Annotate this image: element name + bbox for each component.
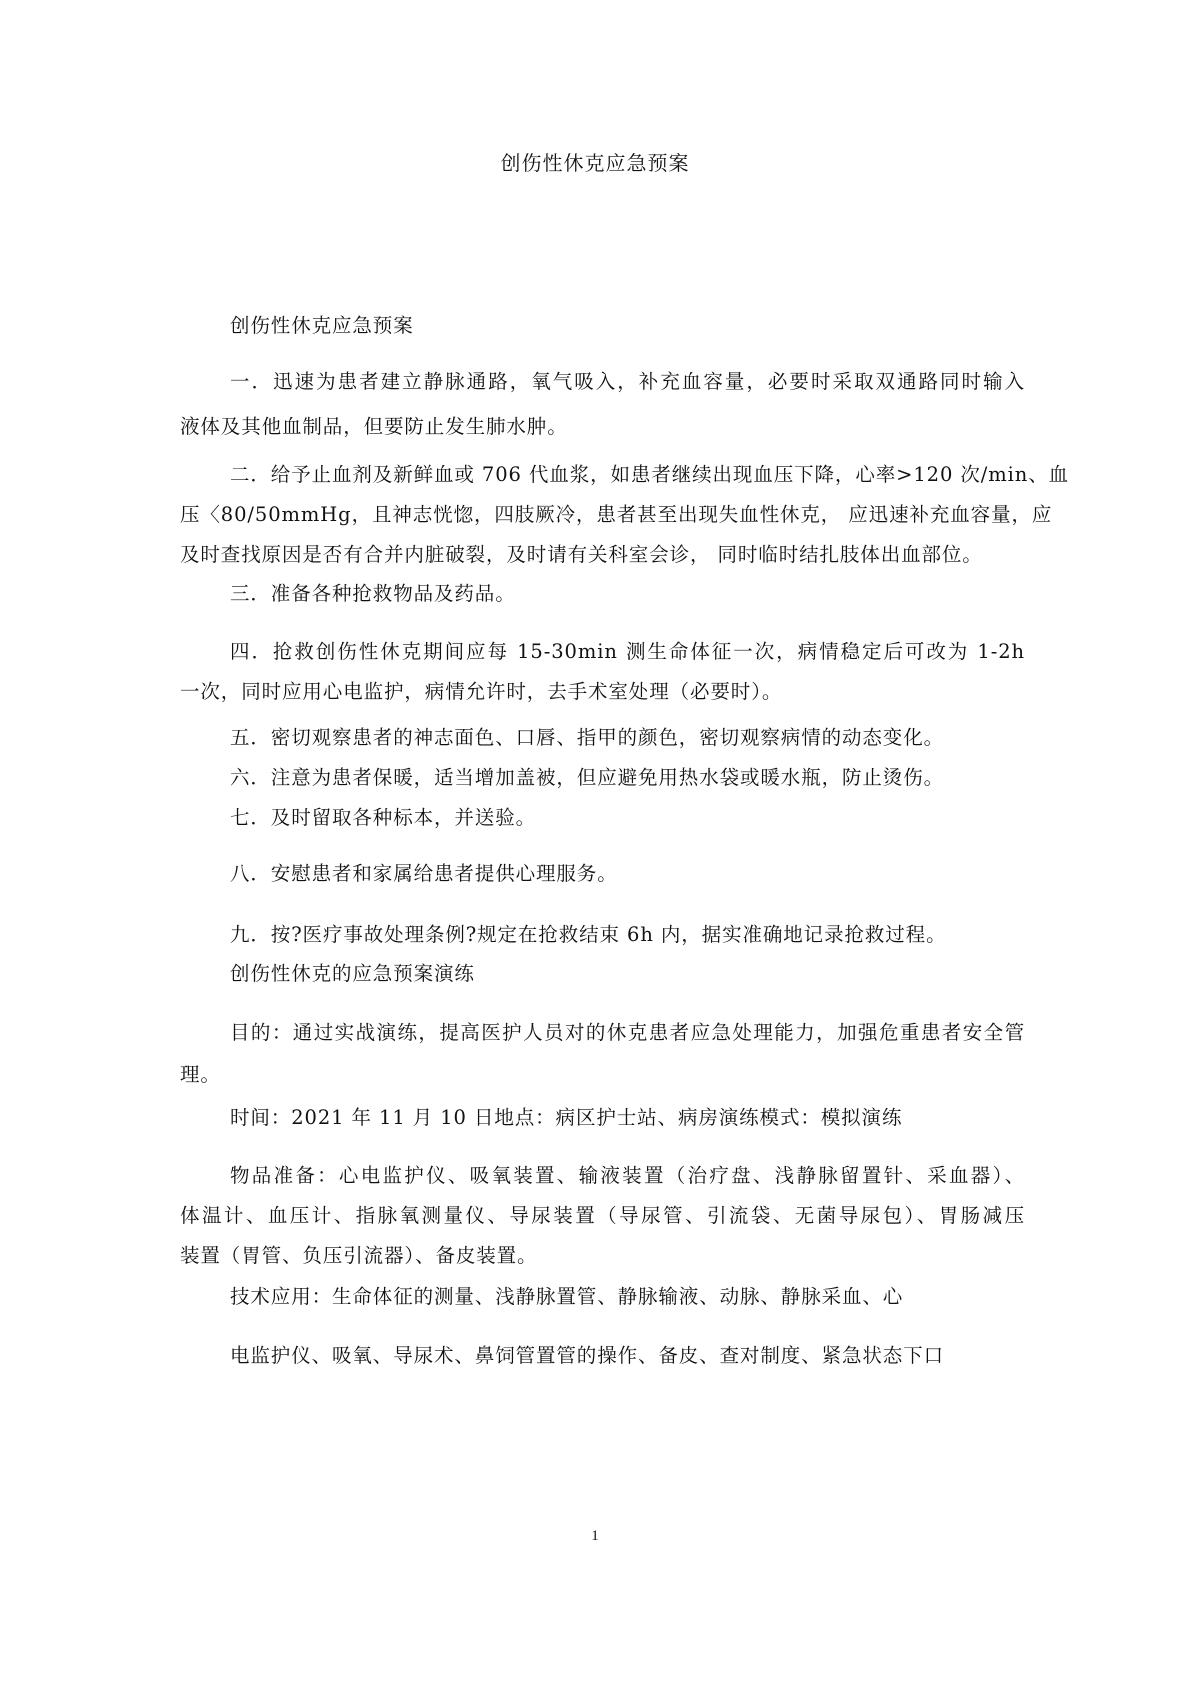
- paragraph-line: 理。: [180, 1062, 1025, 1088]
- paragraph-line: 四．抢救创伤性休克期间应每 15-30min 测生命体征一次，病情稳定后可改为 …: [230, 639, 1025, 665]
- paragraph-line: 二．给予止血剂及新鲜血或 706 代血浆，如患者继续出现血压下降，心率>120 …: [230, 462, 1025, 488]
- paragraph-line: 三．准备各种抢救物品及药品。: [230, 581, 1025, 607]
- paragraph-line: 目的：通过实战演练，提高医护人员对的休克患者应急处理能力，加强危重患者安全管: [230, 1020, 1025, 1046]
- section-subheading: 创伤性休克应急预案: [230, 313, 1025, 339]
- paragraph-line: 一．迅速为患者建立静脉通路，氧气吸入，补充血容量，必要时采取双通路同时输入: [230, 369, 1025, 395]
- document-page: 创伤性休克应急预案 创伤性休克应急预案 一．迅速为患者建立静脉通路，氧气吸入，补…: [0, 0, 1190, 1684]
- paragraph-line: 液体及其他血制品，但要防止发生肺水肿。: [180, 414, 1025, 440]
- page-number: 1: [0, 1528, 1190, 1545]
- paragraph-line: 六．注意为患者保暖，适当增加盖被，但应避免用热水袋或暖水瓶，防止烫伤。: [230, 765, 1025, 791]
- paragraph-line: 九．按?医疗事故处理条例?规定在抢救结束 6h 内，据实准确地记录抢救过程。: [230, 922, 1025, 948]
- paragraph-line: 八．安慰患者和家属给患者提供心理服务。: [230, 861, 1025, 887]
- paragraph-line: 物品准备：心电监护仪、吸氧装置、输液装置（治疗盘、浅静脉留置针、采血器）、: [230, 1163, 1025, 1189]
- document-title: 创伤性休克应急预案: [0, 150, 1190, 176]
- paragraph-line: 及时查找原因是否有合并内脏破裂，及时请有关科室会诊， 同时临时结扎肢体出血部位。: [180, 542, 1025, 568]
- paragraph-line: 装置（胃管、负压引流器）、备皮装置。: [180, 1243, 1025, 1269]
- paragraph-line: 电监护仪、吸氧、导尿术、鼻饲管置管的操作、备皮、查对制度、紧急状态下口: [230, 1343, 1025, 1369]
- paragraph-line: 一次，同时应用心电监护，病情允许时，去手术室处理（必要时）。: [180, 679, 1025, 705]
- paragraph-line: 体温计、血压计、指脉氧测量仪、导尿装置（导尿管、引流袋、无菌导尿包）、胃肠减压: [180, 1203, 1025, 1229]
- paragraph-line: 五．密切观察患者的神志面色、口唇、指甲的颜色，密切观察病情的动态变化。: [230, 725, 1025, 751]
- paragraph-line: 创伤性休克的应急预案演练: [230, 961, 1025, 987]
- paragraph-line: 时间：2021 年 11 月 10 日地点：病区护士站、病房演练模式：模拟演练: [230, 1105, 1025, 1131]
- paragraph-line: 七．及时留取各种标本，并送验。: [230, 805, 1025, 831]
- paragraph-line: 技术应用：生命体征的测量、浅静脉置管、静脉输液、动脉、静脉采血、心: [230, 1284, 1025, 1310]
- paragraph-line: 压〈80/50mmHg，且神志恍惚，四肢厥冷，患者甚至出现失血性休克， 应迅速补…: [180, 502, 1025, 528]
